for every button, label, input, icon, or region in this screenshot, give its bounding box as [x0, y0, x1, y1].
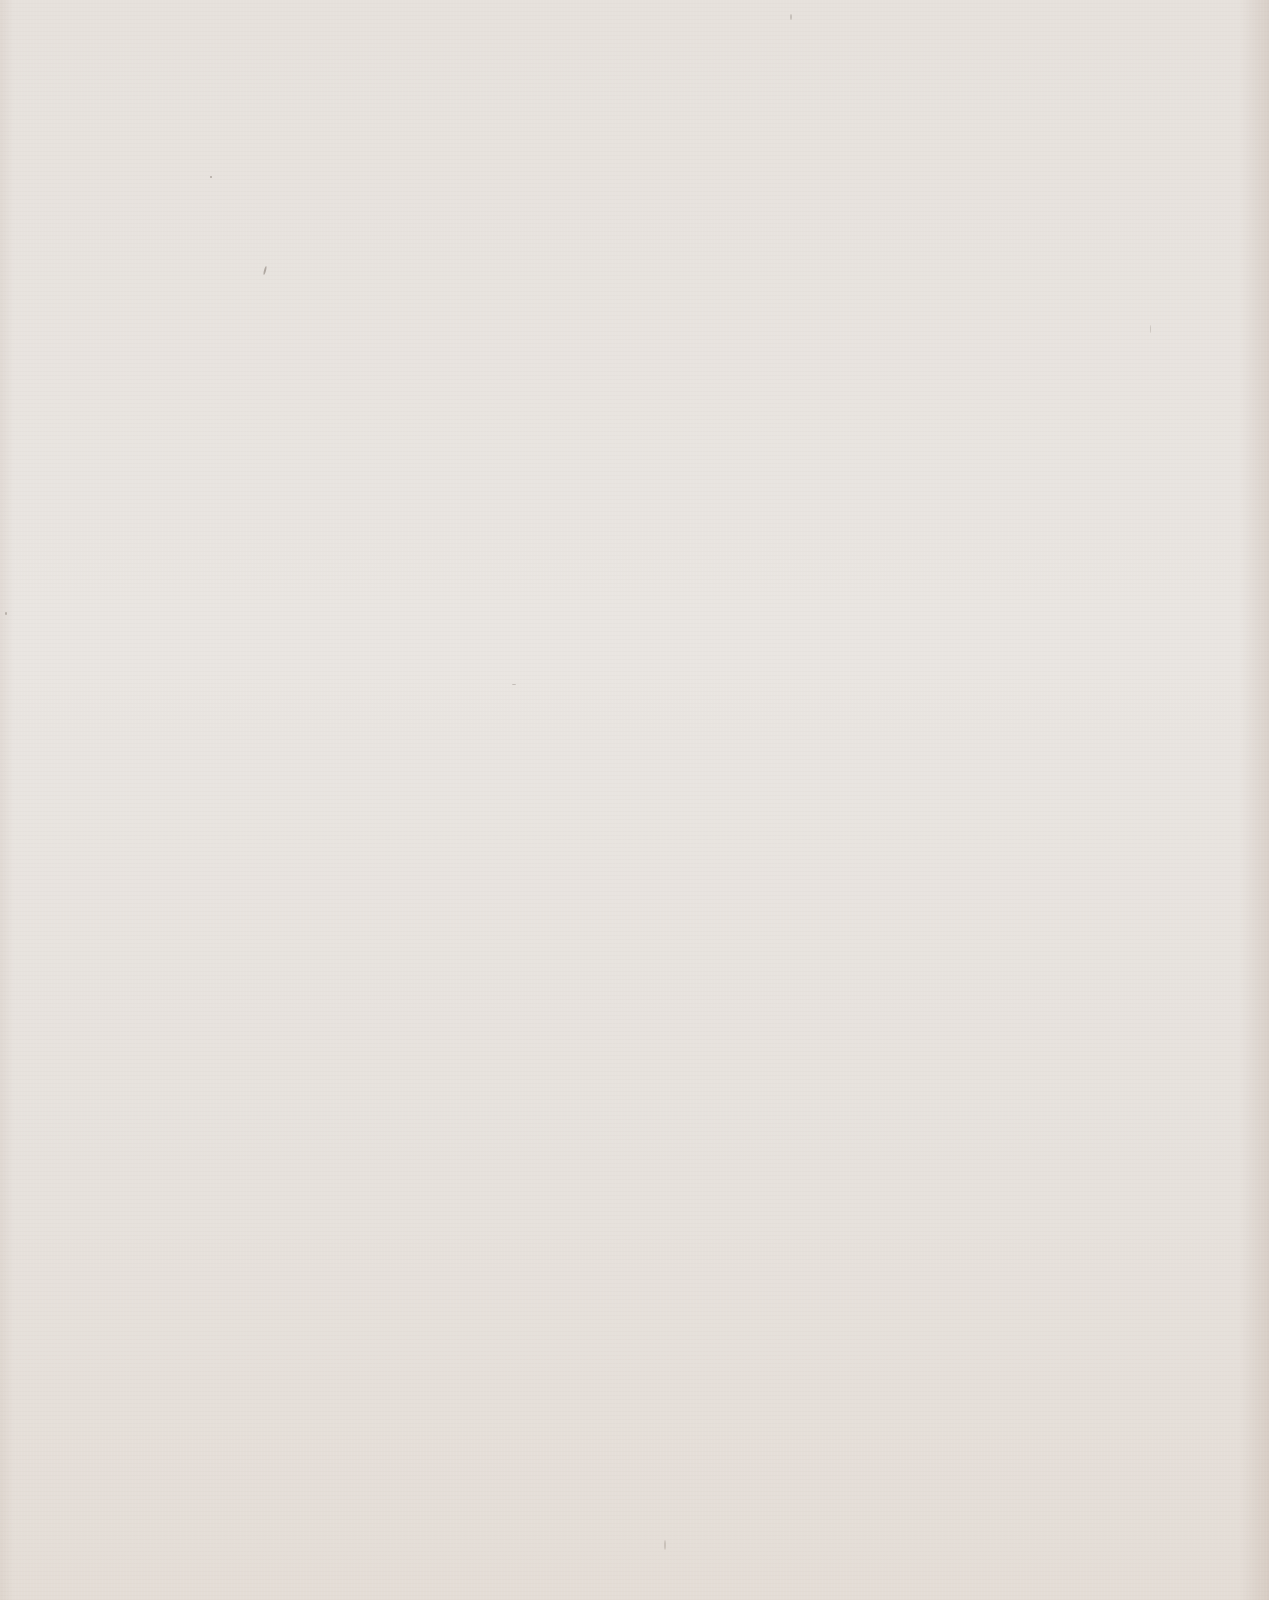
- paper-speck: [5, 612, 7, 615]
- paper-texture: [0, 0, 1269, 1600]
- paper-speck: [512, 684, 516, 685]
- paper-speck: [1150, 325, 1151, 333]
- paper-speck: [790, 14, 792, 20]
- paper-speck: [664, 1540, 666, 1550]
- paper-speck: [210, 176, 212, 178]
- paper-speck: [263, 266, 267, 275]
- blank-paper-page: [0, 0, 1269, 1600]
